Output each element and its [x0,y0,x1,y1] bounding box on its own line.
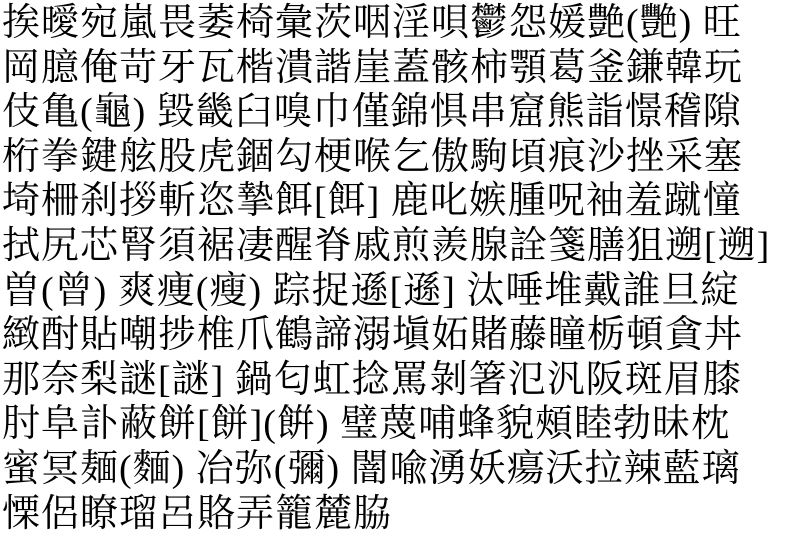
kanji-line-10: 肘阜訃蔽餅[餅](餠) 璧蔑哺蜂貌頰睦勃昧枕 [2,402,800,447]
kanji-line-1: 挨曖宛嵐畏萎椅彙茨咽淫唄鬱怨媛艶(艷) 旺 [2,1,800,46]
kanji-line-12: 慄侶瞭瑠呂賂弄籠麓脇 [2,492,800,537]
kanji-line-9: 那奈梨謎[謎] 鍋匂虹捻罵剝箸氾汎阪斑眉膝 [2,358,800,403]
kanji-line-8: 緻酎貼嘲捗椎爪鶴諦溺塡妬賭藤瞳栃頓貪丼 [2,313,800,358]
kanji-line-11: 蜜冥麺(麵) 冶弥(彌) 闇喩湧妖瘍沃拉辣藍璃 [2,447,800,492]
kanji-line-4: 桁拳鍵舷股虎錮勾梗喉乞傲駒頃痕沙挫采塞 [2,135,800,180]
kanji-line-3: 伎亀(龜) 毀畿臼嗅巾僅錦惧串窟熊詣憬稽隙 [2,90,800,135]
kanji-line-7: 曽(曾) 爽痩(瘦) 踪捉遜[遜] 汰唾堆戴誰旦綻 [2,269,800,314]
kanji-line-2: 岡臆俺苛牙瓦楷潰諧崖蓋骸柿顎葛釜鎌韓玩 [2,46,800,91]
kanji-line-6: 拭尻芯腎須裾凄醒脊戚煎羨腺詮箋膳狙遡[遡] [2,224,800,269]
kanji-line-5: 埼柵刹拶斬恣摯餌[餌] 鹿叱嫉腫呪袖羞蹴憧 [2,179,800,224]
kanji-character-list: 挨曖宛嵐畏萎椅彙茨咽淫唄鬱怨媛艶(艷) 旺 岡臆俺苛牙瓦楷潰諧崖蓋骸柿顎葛釜鎌韓… [0,0,800,537]
